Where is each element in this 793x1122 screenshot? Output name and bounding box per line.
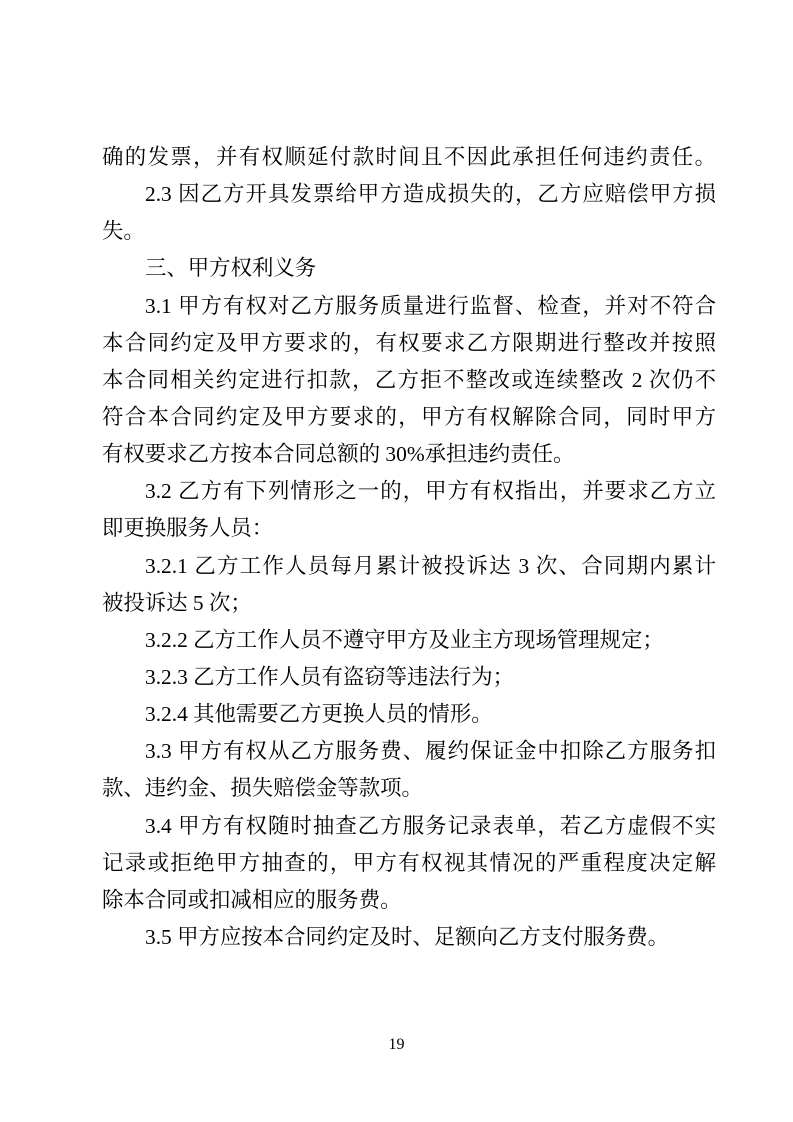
text-line: 符合本合同约定及甲方要求的，甲方有权解除合同，同时甲方 [102, 399, 716, 436]
text-line: 除本合同或扣减相应的服务费。 [102, 882, 716, 919]
page-number: 19 [389, 1034, 405, 1056]
text-line: 确的发票，并有权顺延付款时间且不因此承担任何违约责任。 [102, 139, 716, 176]
text-line: 记录或拒绝甲方抽查的，甲方有权视其情况的严重程度决定解 [102, 845, 716, 882]
text-line: 本合同约定及甲方要求的，有权要求乙方限期进行整改并按照 [102, 325, 716, 362]
document-page: 确的发票，并有权顺延付款时间且不因此承担任何违约责任。2.3 因乙方开具发票给甲… [0, 0, 793, 1122]
text-line: 即更换服务人员： [102, 510, 716, 547]
text-line: 3.1 甲方有权对乙方服务质量进行监督、检查，并对不符合 [102, 288, 716, 325]
document-body: 确的发票，并有权顺延付款时间且不因此承担任何违约责任。2.3 因乙方开具发票给甲… [102, 139, 716, 956]
text-line: 本合同相关约定进行扣款，乙方拒不整改或连续整改 2 次仍不 [102, 362, 716, 399]
section-heading-line: 三、甲方权利义务 [102, 250, 716, 287]
text-line: 3.2.2 乙方工作人员不遵守甲方及业主方现场管理规定； [102, 622, 716, 659]
text-line: 2.3 因乙方开具发票给甲方造成损失的，乙方应赔偿甲方损 [102, 176, 716, 213]
text-line: 有权要求乙方按本合同总额的 30%承担违约责任。 [102, 436, 716, 473]
text-line: 款、违约金、损失赔偿金等款项。 [102, 770, 716, 807]
text-line: 3.5 甲方应按本合同约定及时、足额向乙方支付服务费。 [102, 919, 716, 956]
text-line: 3.2.4 其他需要乙方更换人员的情形。 [102, 696, 716, 733]
text-line: 失。 [102, 213, 716, 250]
text-line: 3.4 甲方有权随时抽查乙方服务记录表单，若乙方虚假不实 [102, 808, 716, 845]
text-line: 3.2.3 乙方工作人员有盗窃等违法行为； [102, 659, 716, 696]
page-footer: 19 [0, 1034, 793, 1056]
text-line: 3.2.1 乙方工作人员每月累计被投诉达 3 次、合同期内累计 [102, 548, 716, 585]
text-line: 3.3 甲方有权从乙方服务费、履约保证金中扣除乙方服务扣 [102, 733, 716, 770]
text-line: 3.2 乙方有下列情形之一的，甲方有权指出，并要求乙方立 [102, 473, 716, 510]
text-line: 被投诉达 5 次； [102, 585, 716, 622]
